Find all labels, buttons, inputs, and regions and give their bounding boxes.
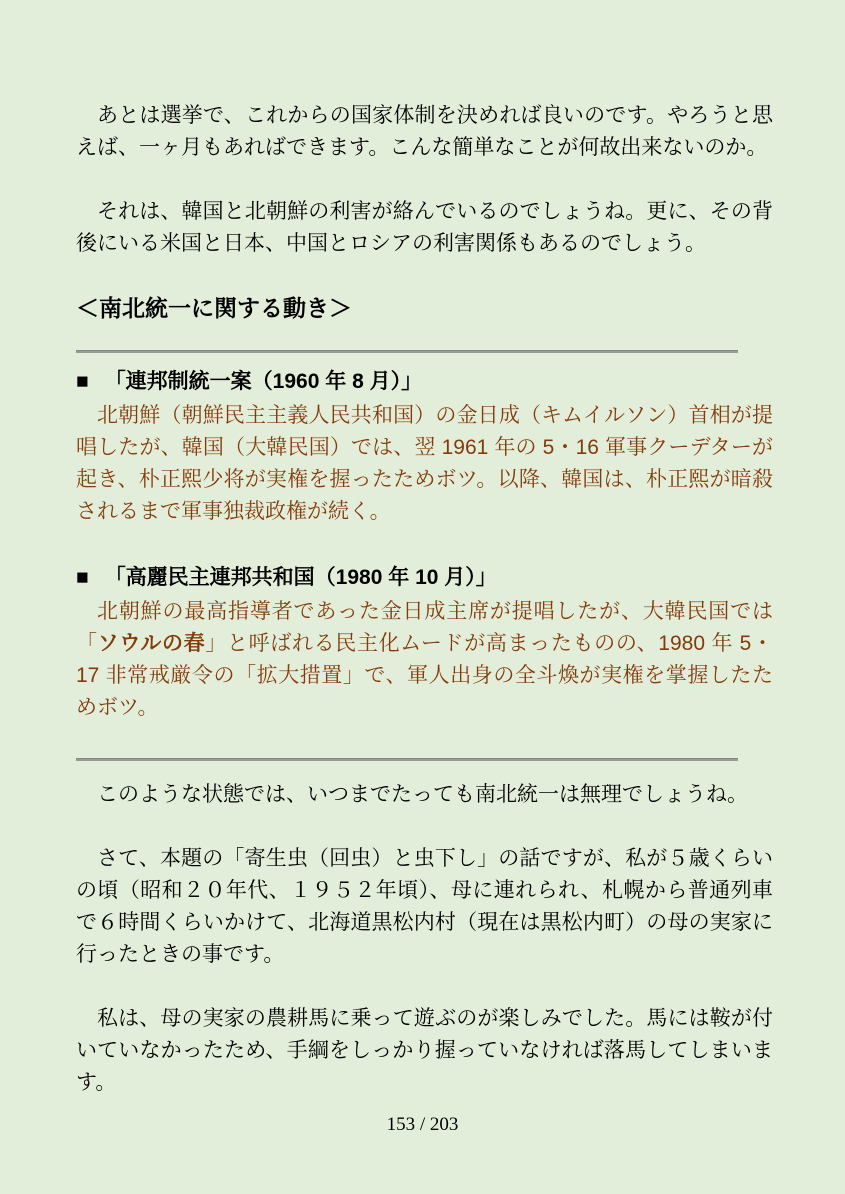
section-title-text: 「連邦制統一案（1960 年 8 月）」 [105,370,422,393]
section-body: 北朝鮮（朝鮮民主主義人民共和国）の金日成（キムイルソン）首相が提唱したが、韓国（… [76,400,773,528]
closing-paragraph: このような状態では、いつまでたっても南北統一は無理でしょうね。 [76,779,773,811]
closing-paragraph: 私は、母の実家の農耕馬に乗って遊ぶのが楽しみでした。馬には鞍が付いていなかったた… [76,1003,773,1099]
document-page: { "colors": { "background": "#E3EEDA", "… [0,0,845,1194]
section-title-text: 「高麗民主連邦共和国（1980 年 10 月）」 [105,566,497,589]
closing-paragraph: さて、本題の「寄生虫（回虫）と虫下し」の話ですが、私が５歳くらいの頃（昭和２０年… [76,843,773,971]
intro-paragraph: あとは選挙で、これからの国家体制を決めれば良いのです。やろうと思えば、一ヶ月もあ… [76,100,773,164]
intro-paragraph: それは、韓国と北朝鮮の利害が絡んでいるのでしょうね。更に、その背後にいる米国と日… [76,196,773,260]
square-bullet-icon: ■ [76,566,89,589]
divider [76,758,738,761]
square-bullet-icon: ■ [76,370,89,393]
page-number: 153 / 203 [0,1113,845,1137]
bullet-section: ■「高麗民主連邦共和国（1980 年 10 月）」 北朝鮮の最高指導者であった金… [76,562,773,724]
bullet-section: ■「連邦制統一案（1960 年 8 月）」 北朝鮮（朝鮮民主主義人民共和国）の金… [76,366,773,528]
page-content: あとは選挙で、これからの国家体制を決めれば良いのです。やろうと思えば、一ヶ月もあ… [0,0,845,1099]
section-title: ■「連邦制統一案（1960 年 8 月）」 [76,366,773,398]
divider [76,350,738,353]
page-title: ＜南北統一に関する動き＞ [76,292,773,325]
section-title: ■「高麗民主連邦共和国（1980 年 10 月）」 [76,562,773,594]
section-body: 北朝鮮の最高指導者であった金日成主席が提唱したが、大韓民国では「ソウルの春」と呼… [76,596,773,724]
